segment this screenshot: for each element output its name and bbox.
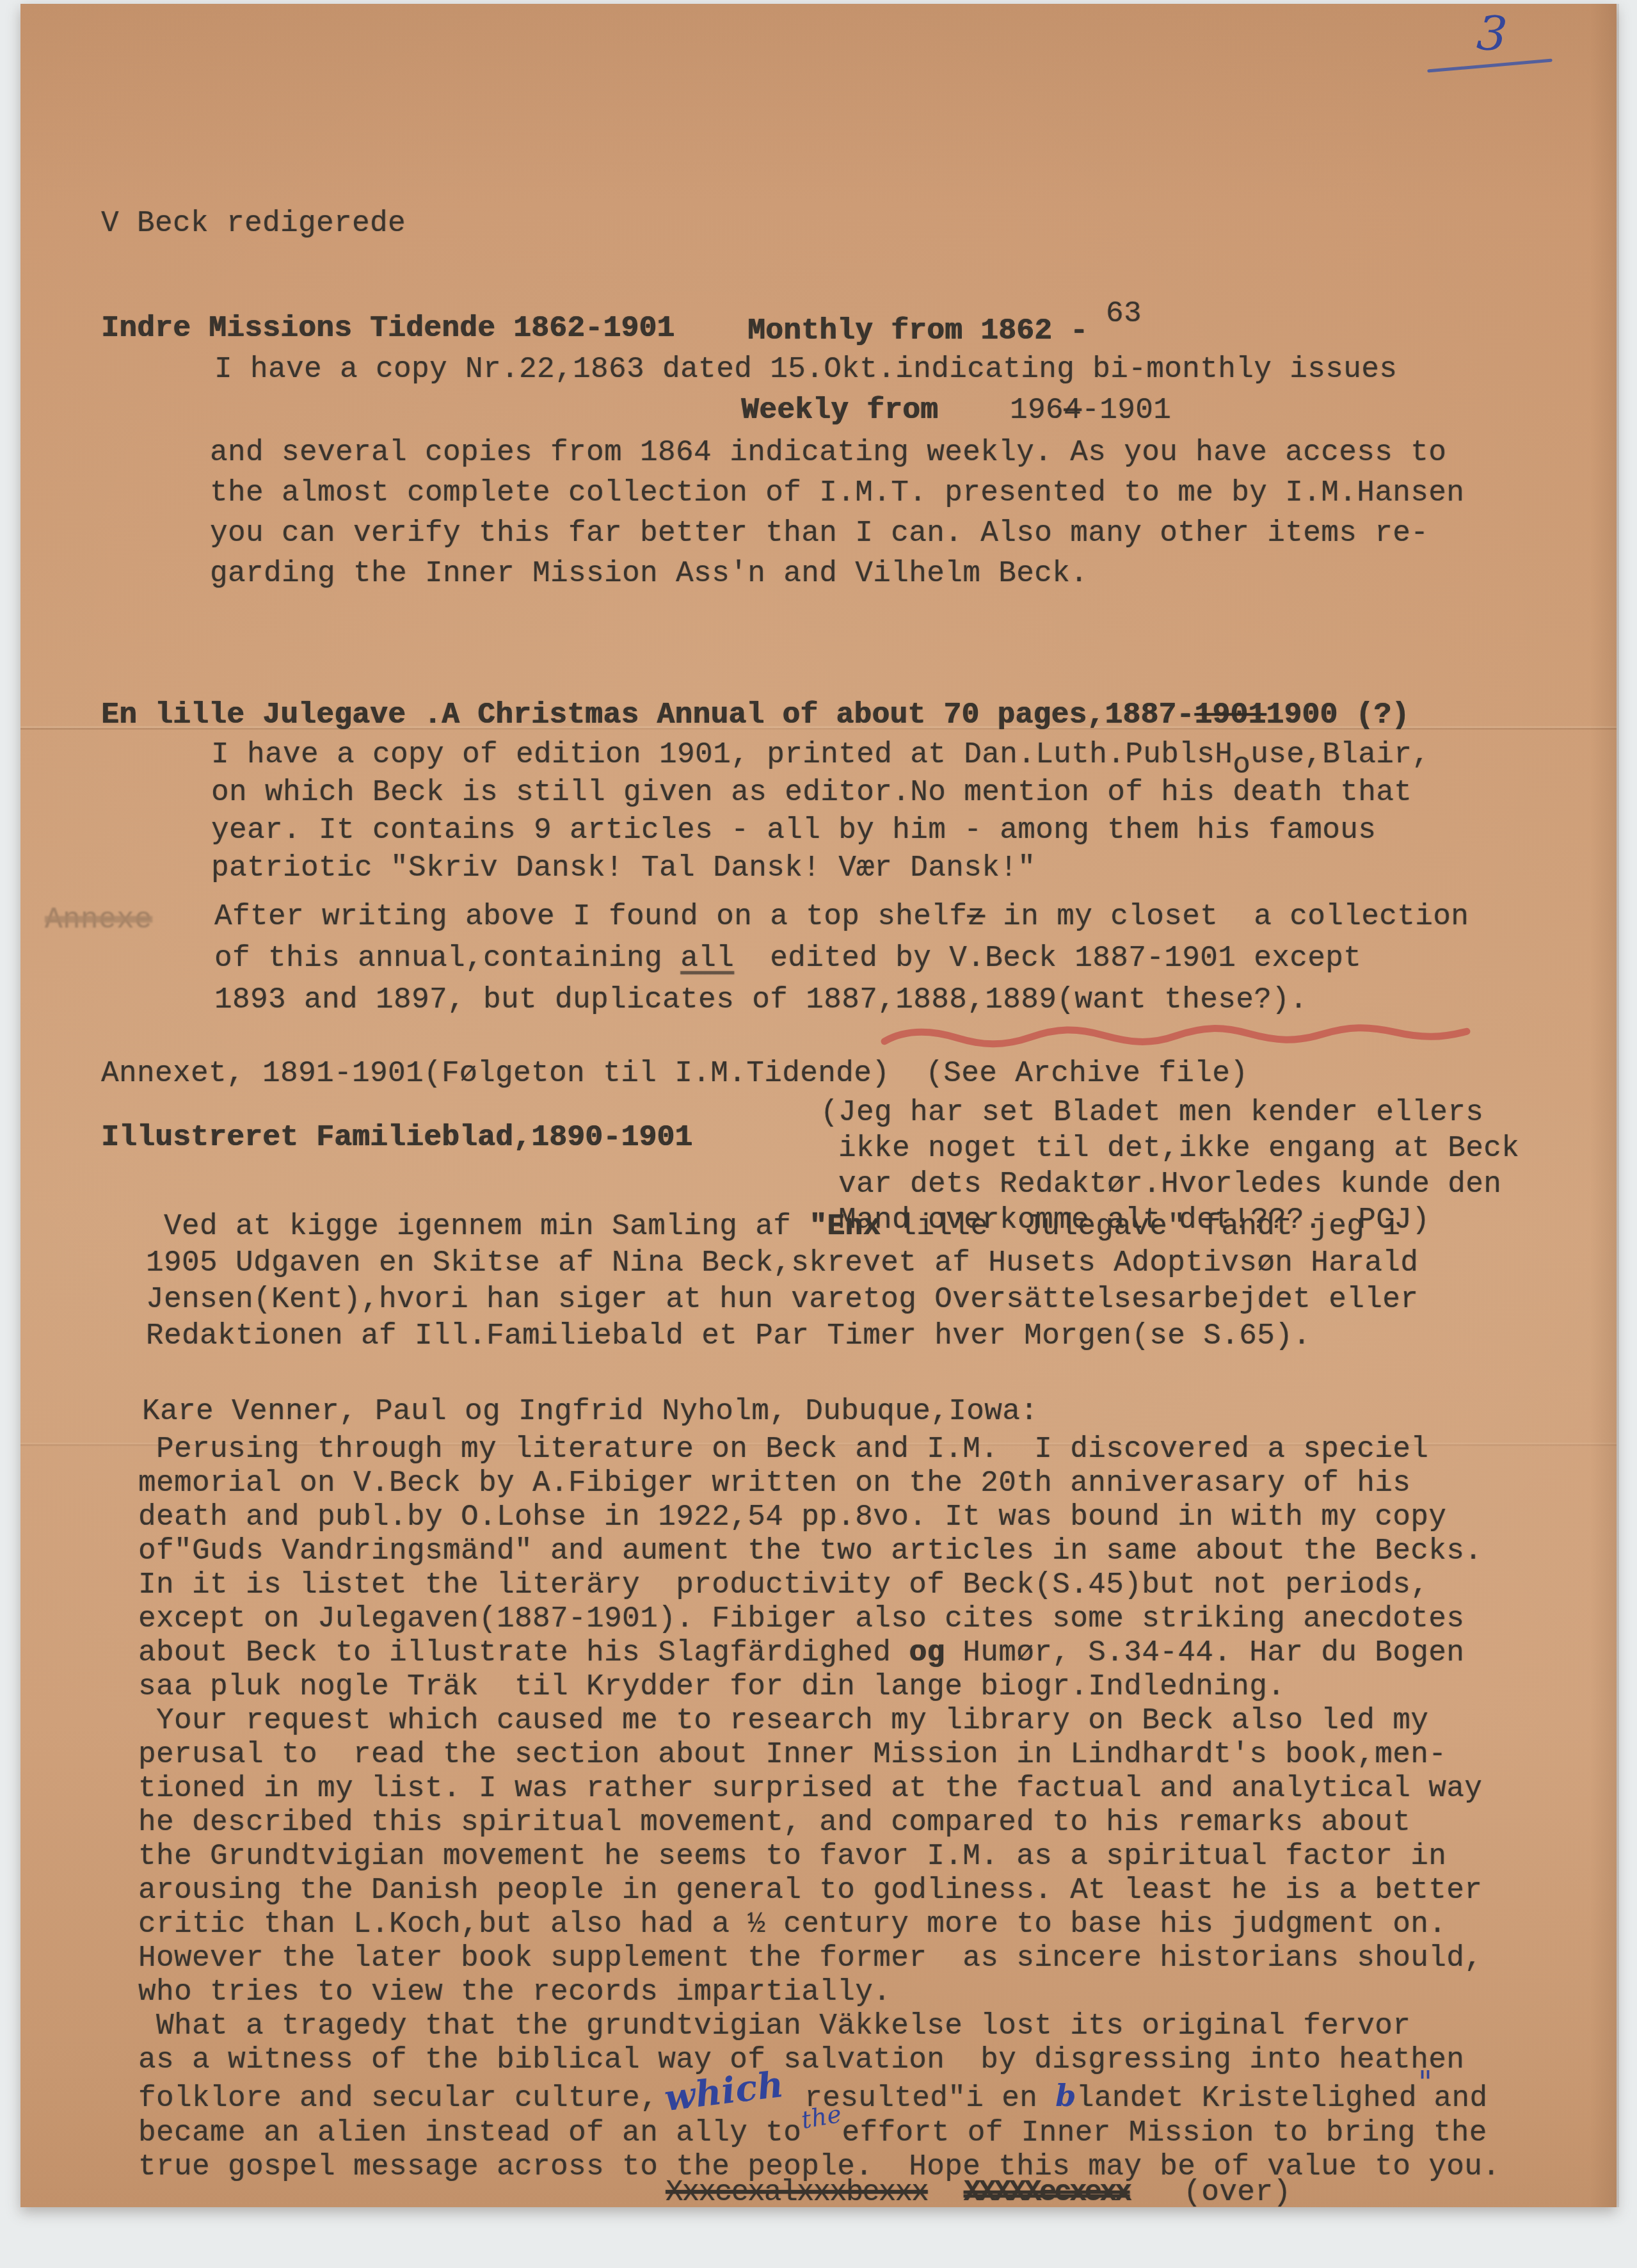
text-line: death and publ.by O.Lohse in 1922,54 pp.… [138,1500,1500,1534]
text-line: garding the Inner Mission Ass'n and Vilh… [210,554,1464,594]
text-line: Redaktionen af Ill.Familiebald et Par Ti… [146,1318,1418,1355]
text-line: you can verify this far better than I ca… [210,513,1464,554]
text-line: Kare Venner, Paul og Ingfrid Nyholm, Dub… [142,1392,1038,1432]
erased-word-annexe: Annexe [45,900,152,940]
text-line: Annexet, 1891-1901(Følgeton til I.M.Tide… [101,1054,1248,1094]
text-line: patriotic "Skriv Dansk! Tal Dansk! Vær D… [211,849,1430,887]
text-line: and several copies from 1864 indicating … [210,433,1464,473]
text-line: critic than L.Koch,but also had a ½ cent… [138,1908,1500,1942]
note-weekly-from: Weekly from 1964-1901 [741,390,1171,431]
crossed-out-text-and-over-note: Xxxcexalxxxbexxx XXXXXecxexx (over) [666,2173,1291,2213]
text-line: Monthly from 1862 - 63 [747,311,1142,351]
text-line: the Grundtvigian movement he seems to fa… [138,1840,1500,1874]
text-line: var dets Redaktør.Hvorledes kunde den [820,1166,1519,1202]
imt-copy-note: I have a copy Nr.22,1863 dated 15.Okt.in… [214,350,1397,390]
scanned-letter-screenshot: { "document": { "kind": "typewritten let… [0,0,1637,2268]
text-line: except on Julegaven(1887-1901). Fibiger … [138,1602,1500,1636]
text-line: the almost complete collection of I.M.T.… [210,473,1464,513]
text-line: However the later book supplement the fo… [138,1942,1500,1975]
text-line: about Beck to illustrate his Slagfärdigh… [138,1636,1500,1670]
note-monthly-from: Monthly from 1862 - 63 [747,311,1142,351]
after-writing-paragraph: After writing above I found on a top she… [214,896,1469,1021]
text-line: saa pluk nogle Träk til Krydder for din … [138,1670,1500,1704]
paper-edge-shadow [1590,4,1619,2207]
text-line: of"Guds Vandringsmänd" and aument the tw… [138,1534,1500,1568]
line-v-beck-redigerede: V Beck redigerede [101,204,406,244]
text-line: (Jeg har set Bladet men kender ellers [820,1095,1519,1130]
heading-indre-missions-tidende: Indre Missions Tidende 1862-1901 [101,309,675,349]
text-line: as a witness of the biblical way of salv… [138,2043,1500,2077]
text-line: 1893 and 1897, but duplicates of 1887,18… [214,979,1469,1021]
text-line: I have a copy Nr.22,1863 dated 15.Okt.in… [214,350,1397,390]
text-line: memorial on V.Beck by A.Fibiger written … [138,1467,1500,1500]
main-letter-body: Perusing through my literature on Beck a… [138,1433,1500,2184]
text-line: Jensen(Kent),hvori han siger at hun vare… [146,1282,1418,1318]
text-line: In it is listet the literäry productivit… [138,1568,1500,1602]
text-line: Perusing through my literature on Beck a… [138,1433,1500,1467]
text-line: arousing the Danish people in general to… [138,1874,1500,1908]
heading-illustreret-familieblad: Illustreret Familieblad,1890-1901 [101,1118,692,1158]
salutation-kare-venner: Kare Venner, Paul og Ingfrid Nyholm, Dub… [142,1392,1038,1432]
text-line: Indre Missions Tidende 1862-1901 [101,309,675,349]
text-line: year. It contains 9 articles - all by hi… [211,812,1430,849]
text-line: Your request which caused me to research… [138,1704,1500,1738]
text-line: En lille Julegave .A Christmas Annual of… [101,695,1409,736]
handwritten-page-number: 3 [1475,5,1509,62]
text-line: Weekly from 1964-1901 [741,390,1171,431]
text-line: I have a copy of edition 1901, printed a… [211,736,1430,774]
text-line: V Beck redigerede [101,204,406,244]
text-line: he described this spiritual movement, an… [138,1806,1500,1840]
text-line: Illustreret Familieblad,1890-1901 [101,1118,692,1158]
text-line: 1905 Udgaven en Skitse af Nina Beck,skre… [146,1245,1418,1282]
text-line: After writing above I found on a top she… [214,896,1469,938]
line-annexet: Annexet, 1891-1901(Følgeton til I.M.Tide… [101,1054,1248,1094]
julegave-paragraph: I have a copy of edition 1901, printed a… [211,736,1430,887]
text-line: ikke noget til det,ikke engang at Beck [820,1130,1519,1166]
text-line: who tries to view the records impartiall… [138,1975,1500,2009]
ved-at-kigge-paragraph: Ved at kigge igennem min Samling af "Enx… [146,1209,1418,1355]
text-line: What a tragedy that the grundtvigian Väk… [138,2009,1500,2043]
text-line: became an alien instead of an ally tothe… [138,2116,1500,2150]
imt-paragraph: and several copies from 1864 indicating … [210,433,1464,594]
text-line: Xxxcexalxxxbexxx XXXXXecxexx (over) [666,2173,1291,2213]
text-line: of this annual,containing all edited by … [214,938,1469,979]
text-line: tioned in my list. I was rather surprise… [138,1772,1500,1806]
text-line: Ved at kigge igennem min Samling af "Enx… [146,1209,1418,1245]
text-line: perusal to read the section about Inner … [138,1738,1500,1772]
heading-en-lille-julegave: En lille Julegave .A Christmas Annual of… [101,695,1409,736]
text-line: Annexe [45,900,152,940]
